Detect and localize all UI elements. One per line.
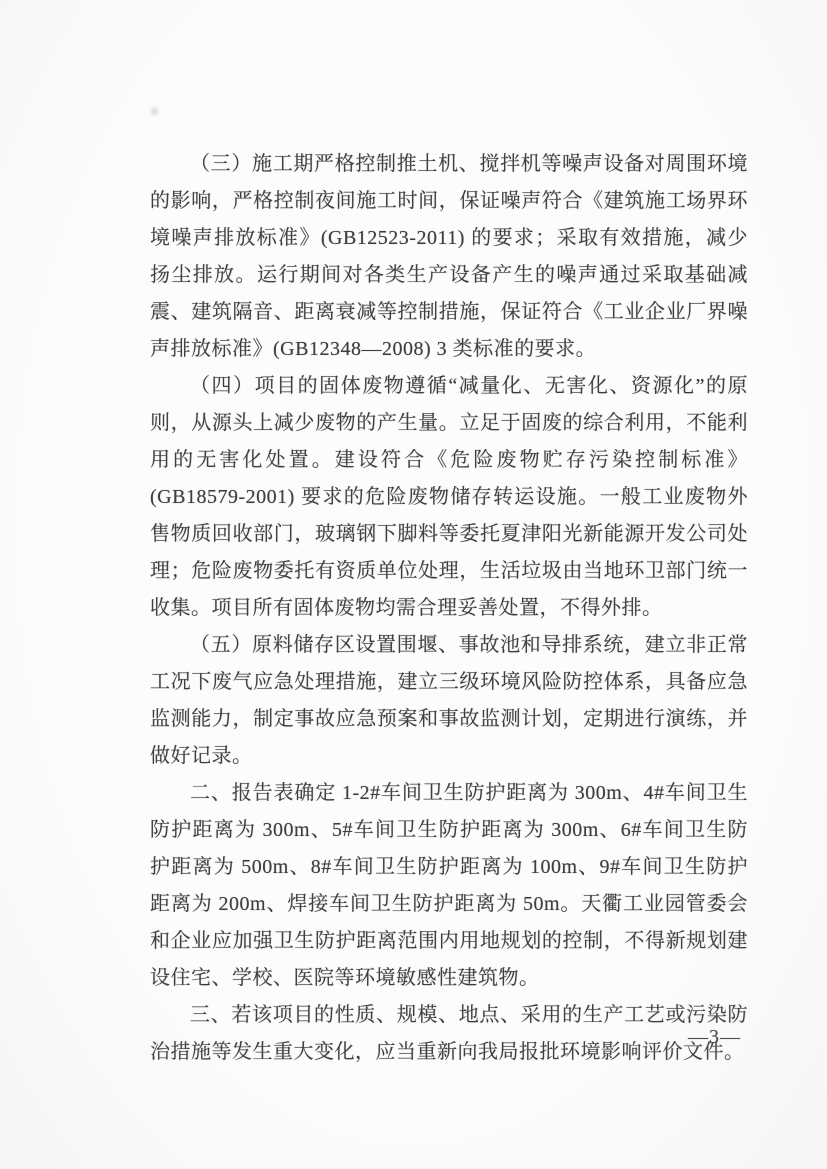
scan-speck: [151, 108, 158, 115]
text-block: （三）施工期严格控制推土机、搅拌机等噪声设备对周围环境的影响，严格控制夜间施工时…: [150, 146, 748, 1071]
para-construction-noise-control: （三）施工期严格控制推土机、搅拌机等噪声设备对周围环境的影响，严格控制夜间施工时…: [150, 146, 748, 368]
para-raw-material-storage-risk: （五）原料储存区设置围堰、事故池和导排系统，建立非正常工况下废气应急处理措施，建…: [150, 627, 748, 775]
para-major-change-reapproval: 三、若该项目的性质、规模、地点、采用的生产工艺或污染防治措施等发生重大变化，应当…: [150, 997, 748, 1071]
para-sanitary-protection-distance: 二、报告表确定 1-2#车间卫生防护距离为 300m、4#车间卫生防护距离为 3…: [150, 775, 748, 997]
page-number: —3—: [688, 1026, 741, 1049]
document-page: （三）施工期严格控制推土机、搅拌机等噪声设备对周围环境的影响，严格控制夜间施工时…: [0, 0, 827, 1169]
para-solid-waste-management: （四）项目的固体废物遵循“减量化、无害化、资源化”的原则，从源头上减少废物的产生…: [150, 368, 748, 627]
